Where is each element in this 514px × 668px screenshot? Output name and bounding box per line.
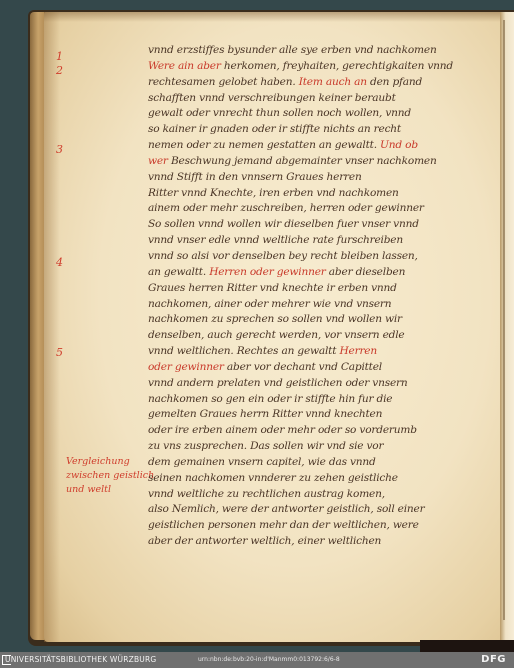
body-text: Beschwung jemand abgemainter vnser nachk…	[171, 155, 437, 167]
rubric-text: Herren oder gewinner	[209, 266, 325, 278]
body-text: vnnd vnser edle vnnd weltliche rate furs…	[148, 234, 403, 246]
text-line: vnnd Stifft in den vnnsern Graues herren	[148, 170, 498, 186]
body-text: den pfand	[367, 76, 422, 88]
text-line: nachkomen so gen ein oder ir stiffte hin…	[148, 392, 498, 408]
body-text: geistlichen personen mehr dan der weltli…	[148, 519, 419, 531]
text-line: wer Beschwung jemand abgemainter vnser n…	[148, 154, 498, 170]
text-line: Ritter vnnd Knechte, iren erben vnd nach…	[148, 186, 498, 202]
institution-name: UNIVERSITÄTSBIBLIOTHEK WÜRZBURG	[5, 655, 156, 664]
marginal-note-line: zwischen geistlich	[66, 469, 146, 483]
marginal-note: Vergleichung zwischen geistlich und welt…	[66, 455, 146, 497]
body-text: rechtesamen gelobet haben.	[148, 76, 299, 88]
text-line: vnnd andern prelaten vnd geistlichen ode…	[148, 376, 498, 392]
text-line: vnnd so alsi vor denselben bey recht ble…	[148, 249, 498, 265]
text-line: geistlichen personen mehr dan der weltli…	[148, 518, 498, 534]
body-text: nemen oder zu nemen gestatten an gewaltt…	[148, 139, 380, 151]
body-text: also Nemlich, were der antworter geistli…	[148, 503, 425, 515]
body-text: vnnd erzstiffes bysunder alle sye erben …	[148, 44, 437, 56]
text-line: ainem oder mehr zuschreiben, herren oder…	[148, 201, 498, 217]
body-text: aber vor dechant vnd Capittel	[224, 361, 382, 373]
marginal-numeral: 5	[56, 346, 63, 359]
viewer-footer: UNIVERSITÄTSBIBLIOTHEK WÜRZBURG urn:nbn:…	[0, 652, 514, 668]
text-line: nachkomen, ainer oder mehrer wie vnd vns…	[148, 297, 498, 313]
body-text: vnnd weltliche zu rechtlichen austrag ko…	[148, 488, 385, 500]
manuscript-text: vnnd erzstiffes bysunder alle sye erben …	[148, 43, 498, 550]
text-line: gemelten Graues herrn Ritter vnnd knecht…	[148, 407, 498, 423]
body-text: vnnd weltlichen. Rechtes an gewaltt	[148, 345, 339, 357]
body-text: aber dieselben	[326, 266, 406, 278]
body-text: denselben, auch gerecht werden, vor vnse…	[148, 329, 404, 341]
body-text: nachkomen so gen ein oder ir stiffte hin…	[148, 393, 392, 405]
gutter-fold-line	[503, 20, 505, 620]
body-text: oder ire erben ainem oder mehr oder so v…	[148, 424, 417, 436]
text-line: an gewaltt. Herren oder gewinner aber di…	[148, 265, 498, 281]
body-text: zu vns zusprechen. Das sollen wir vnd si…	[148, 440, 383, 452]
rubric-text: oder gewinner	[148, 361, 224, 373]
text-line: also Nemlich, were der antworter geistli…	[148, 502, 498, 518]
body-text: dem gemainen vnsern capitel, wie das vnn…	[148, 456, 376, 468]
text-line: So sollen vnnd wollen wir dieselben fuer…	[148, 217, 498, 233]
body-text: vnnd Stifft in den vnnsern Graues herren	[148, 171, 362, 183]
rubric-text: Herren	[339, 345, 377, 357]
body-text: aber der antworter weltlich, einer weltl…	[148, 535, 381, 547]
page-stain	[44, 12, 500, 22]
body-text: so kainer ir gnaden oder ir stiffte nich…	[148, 123, 401, 135]
marginal-numeral: 4	[56, 256, 63, 269]
text-line: dem gemainen vnsern capitel, wie das vnn…	[148, 455, 498, 471]
marginal-numeral: 1	[56, 50, 63, 63]
urn-identifier: urn:nbn:de:bvb:20-in:d'Manmm0:013792:6/6…	[198, 656, 340, 663]
marginal-numeral: 3	[56, 143, 63, 156]
text-line: oder gewinner aber vor dechant vnd Capit…	[148, 360, 498, 376]
body-text: ainem oder mehr zuschreiben, herren oder…	[148, 202, 424, 214]
text-line: zu vns zusprechen. Das sollen wir vnd si…	[148, 439, 498, 455]
rubric-text: Were ain aber	[148, 60, 224, 72]
scan-background: 12345 Vergleichung zwischen geistlich un…	[0, 0, 514, 652]
text-line: gewalt oder vnrecht thun sollen noch wol…	[148, 106, 498, 122]
text-line: nachkomen zu sprechen so sollen vnd woll…	[148, 312, 498, 328]
body-text: schafften vnnd verschreibungen keiner be…	[148, 92, 396, 104]
text-line: Graues herren Ritter vnd knechte ir erbe…	[148, 281, 498, 297]
body-text: nachkomen, ainer oder mehrer wie vnd vns…	[148, 298, 391, 310]
text-line: oder ire erben ainem oder mehr oder so v…	[148, 423, 498, 439]
body-text: vnnd andern prelaten vnd geistlichen ode…	[148, 377, 408, 389]
text-line: nemen oder zu nemen gestatten an gewaltt…	[148, 138, 498, 154]
rubric-text: Item auch an	[299, 76, 367, 88]
body-text: Graues herren Ritter vnd knechte ir erbe…	[148, 282, 397, 294]
rubric-text: wer	[148, 155, 171, 167]
body-text: nachkomen zu sprechen so sollen vnd woll…	[148, 313, 402, 325]
marginal-numeral: 2	[56, 64, 63, 77]
marginal-note-line: und weltl	[66, 483, 146, 497]
body-text: Ritter vnnd Knechte, iren erben vnd nach…	[148, 187, 399, 199]
binding-shadow	[420, 640, 514, 652]
body-text: seinen nachkomen vnnderer zu zehen geist…	[148, 472, 398, 484]
rubric-text: Und ob	[380, 139, 418, 151]
text-line: so kainer ir gnaden oder ir stiffte nich…	[148, 122, 498, 138]
text-line: Were ain aber herkomen, freyhaiten, gere…	[148, 59, 498, 75]
text-line: seinen nachkomen vnnderer zu zehen geist…	[148, 471, 498, 487]
text-line: rechtesamen gelobet haben. Item auch an …	[148, 75, 498, 91]
text-line: aber der antworter weltlich, einer weltl…	[148, 534, 498, 550]
dfg-logo: DFG	[481, 654, 506, 665]
body-text: gemelten Graues herrn Ritter vnnd knecht…	[148, 408, 382, 420]
text-line: denselben, auch gerecht werden, vor vnse…	[148, 328, 498, 344]
marginal-note-line: Vergleichung	[66, 455, 146, 469]
text-line: vnnd weltlichen. Rechtes an gewaltt Herr…	[148, 344, 498, 360]
text-line: schafften vnnd verschreibungen keiner be…	[148, 91, 498, 107]
body-text: an gewaltt.	[148, 266, 209, 278]
body-text: herkomen, freyhaiten, gerechtigkaiten vn…	[224, 60, 453, 72]
body-text: gewalt oder vnrecht thun sollen noch wol…	[148, 107, 411, 119]
text-line: vnnd erzstiffes bysunder alle sye erben …	[148, 43, 498, 59]
text-line: vnnd vnser edle vnnd weltliche rate furs…	[148, 233, 498, 249]
text-line: vnnd weltliche zu rechtlichen austrag ko…	[148, 487, 498, 503]
body-text: So sollen vnnd wollen wir dieselben fuer…	[148, 218, 419, 230]
body-text: vnnd so alsi vor denselben bey recht ble…	[148, 250, 418, 262]
